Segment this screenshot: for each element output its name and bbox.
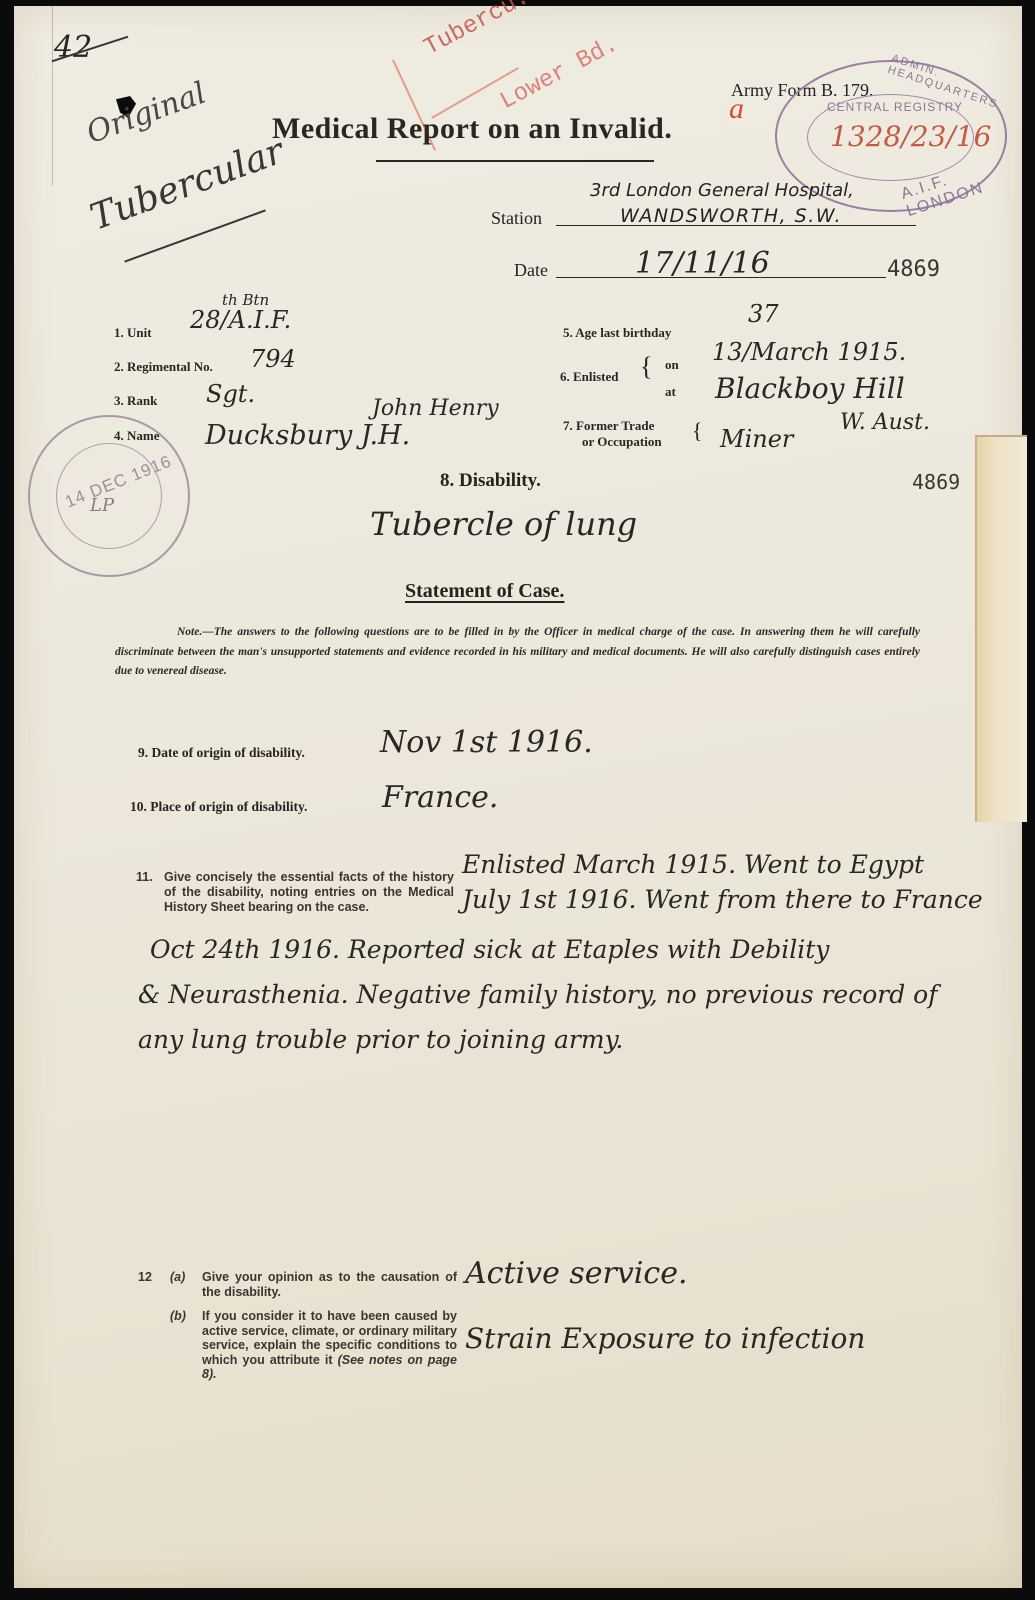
q12-block: 12 (a) Give your opinion as to the causa… [138,1270,457,1392]
serial-number-right: 4869 [912,470,960,494]
rank-value: Sgt. [206,380,255,408]
enlisted-on-value: 13/March 1915. [712,338,906,366]
enlisted-on-label: on [665,357,679,373]
enlisted-at-note: W. Aust. [840,410,930,435]
given-names: John Henry [372,396,499,421]
disability-heading: 8. Disability. [440,470,541,492]
enlisted-at-value: Blackboy Hill [715,372,905,405]
enlisted-brace: { [640,352,652,382]
station-value: WANDSWORTH, S.W. [620,205,842,227]
date-label: Date [514,260,548,281]
q12a-label: Give your opinion as to the causation of… [202,1270,457,1299]
occupation-brace: { [692,418,703,444]
q10-answer: France. [382,780,498,815]
q12a-answer: Active service. [465,1256,687,1291]
q11-answer-line: any lung trouble prior to joining army. [138,1025,623,1054]
paper-fold-edge [14,6,53,186]
registry-stamp-label: CENTRAL REGISTRY [827,100,963,114]
q11-number: 11. [136,870,153,884]
enlisted-label: 6. Enlisted [560,369,619,385]
admin-stamp-initials: LP [90,495,114,516]
age-value: 37 [748,300,779,328]
age-label: 5. Age last birthday [563,325,671,341]
station-label: Station [491,208,542,229]
unit-label: 1. Unit [114,325,152,341]
q11-answer-line: Oct 24th 1916. Reported sick at Etaples … [150,935,829,964]
paper-tab-strip [975,435,1027,822]
q12b-answer: Strain Exposure to infection [465,1322,865,1355]
occupation-label-line1: 7. Former Trade [563,418,654,434]
occupation-value: Miner [720,425,793,453]
name-value: Ducksbury J.H. [205,420,410,451]
rank-label: 3. Rank [114,393,157,409]
regimental-no-label: 2. Regimental No. [114,359,213,375]
statement-of-case-heading: Statement of Case. [405,580,564,603]
q11-answer-line: & Neurasthenia. Negative family history,… [138,980,937,1009]
q11-answer-line: July 1st 1916. Went from there to France [462,885,983,914]
occupation-label-line2: or Occupation [582,434,662,450]
q12a-part: (a) [170,1270,192,1299]
serial-number-top: 4869 [887,257,940,282]
regimental-no-value: 794 [250,345,296,373]
administrative-records-stamp: 14 DEC 1916 LP [28,415,190,577]
q10-label: 10. Place of origin of disability. [130,799,307,815]
q9-label: 9. Date of origin of disability. [138,745,305,761]
q9-answer: Nov 1st 1916. [380,725,593,760]
instruction-note: Note.—The answers to the following quest… [115,623,920,682]
q12b-part: (b) [170,1309,192,1382]
title-underline [376,160,654,162]
date-value: 17/11/16 [635,246,770,281]
unit-value: 28/A.I.F. [190,306,291,334]
disability-value: Tubercle of lung [370,505,637,543]
q11-label: Give concisely the essential facts of th… [164,870,454,915]
enlisted-at-label: at [665,384,676,400]
document-title: Medical Report on an Invalid. [272,112,672,146]
q12-number: 12 [138,1270,160,1299]
hospital-stamp: 3rd London General Hospital, [590,180,854,201]
registry-number: 1328/23/16 [830,120,991,153]
q11-answer-line: Enlisted March 1915. Went to Egypt [462,850,924,879]
